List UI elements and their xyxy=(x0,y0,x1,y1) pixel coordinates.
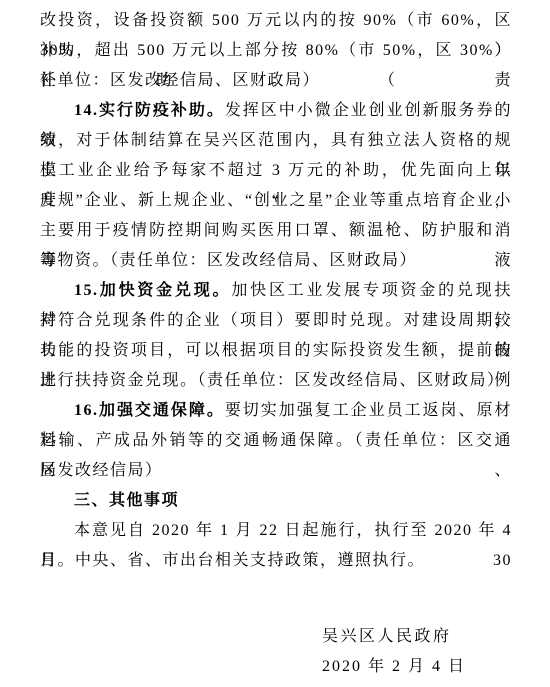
line-text: 区发改经信局） xyxy=(40,462,163,479)
signature-date: 2020 年 2 月 4 日 xyxy=(322,652,466,682)
document-line: 16.加强交通保障。要切实加强复工企业员工返岗、原材料 xyxy=(40,396,512,426)
document-line: 本意见自 2020 年 1 月 22 日起施行，执行至 2020 年 4 月 3… xyxy=(40,516,512,546)
document-line: 功能的投资项目，可以根据项目的实际投资发生额，提前按比例 xyxy=(40,336,512,366)
line-text: 任单位：区发改经信局、区财政局） xyxy=(40,72,320,89)
paragraph-lead: 14.实行防疫补助。 xyxy=(74,102,225,119)
line-text: 进行扶持资金兑现。（责任单位：区发改经信局、区财政局） xyxy=(40,372,505,389)
document-line: 效，对于体制结算在吴兴区范围内，具有独立法人资格的规模以 xyxy=(40,126,512,156)
signature-organization: 吴兴区人民政府 xyxy=(322,622,466,652)
document-line: 主要用于疫情防控期间购买医用口罩、额温枪、防护服和消毒液 xyxy=(40,216,512,246)
document-line: 运输、产成品外销等的交通畅通保障。（责任单位：区交通局、 xyxy=(40,426,512,456)
document-line: 进行扶持资金兑现。（责任单位：区发改经信局、区财政局） xyxy=(40,366,512,396)
document-line: 改投资，设备投资额 500 万元以内的按 90%（市 60%，区 30%） xyxy=(40,6,512,36)
document-body: 改投资，设备投资额 500 万元以内的按 90%（市 60%，区 30%）补助，… xyxy=(40,6,512,576)
paragraph-lead: 三、其他事项 xyxy=(74,492,179,509)
document-line: 14.实行防疫补助。发挥区中小微企业创业创新服务券的绩 xyxy=(40,96,512,126)
document-page: 改投资，设备投资额 500 万元以内的按 90%（市 60%，区 30%）补助，… xyxy=(0,0,550,687)
line-text: 日。中央、省、市出台相关支持政策，遵照执行。 xyxy=(40,552,425,569)
document-line: 对符合兑现条件的企业（项目）要即时兑现。对建设周期较长的 xyxy=(40,306,512,336)
line-text: 升规”企业、新上规企业、“创业之星”企业等重点培育企业， xyxy=(40,192,512,209)
paragraph-lead: 15.加快资金兑现。 xyxy=(74,282,231,299)
document-line: 15.加快资金兑现。加快区工业发展专项资金的兑现扶持， xyxy=(40,276,512,306)
document-line: 三、其他事项 xyxy=(40,486,512,516)
document-line: 上工业企业给予每家不超过 3 万元的补助，优先面向上年度“小 xyxy=(40,156,512,186)
line-text: 等物资。（责任单位：区发改经信局、区财政局） xyxy=(40,252,417,269)
signature-block: 吴兴区人民政府 2020 年 2 月 4 日 xyxy=(322,622,466,682)
document-line: 升规”企业、新上规企业、“创业之星”企业等重点培育企业， xyxy=(40,186,512,216)
document-line: 补助，超出 500 万元以上部分按 80%（市 50%，区 30%）补助。（责 xyxy=(40,36,512,66)
paragraph-lead: 16.加强交通保障。 xyxy=(74,402,225,419)
